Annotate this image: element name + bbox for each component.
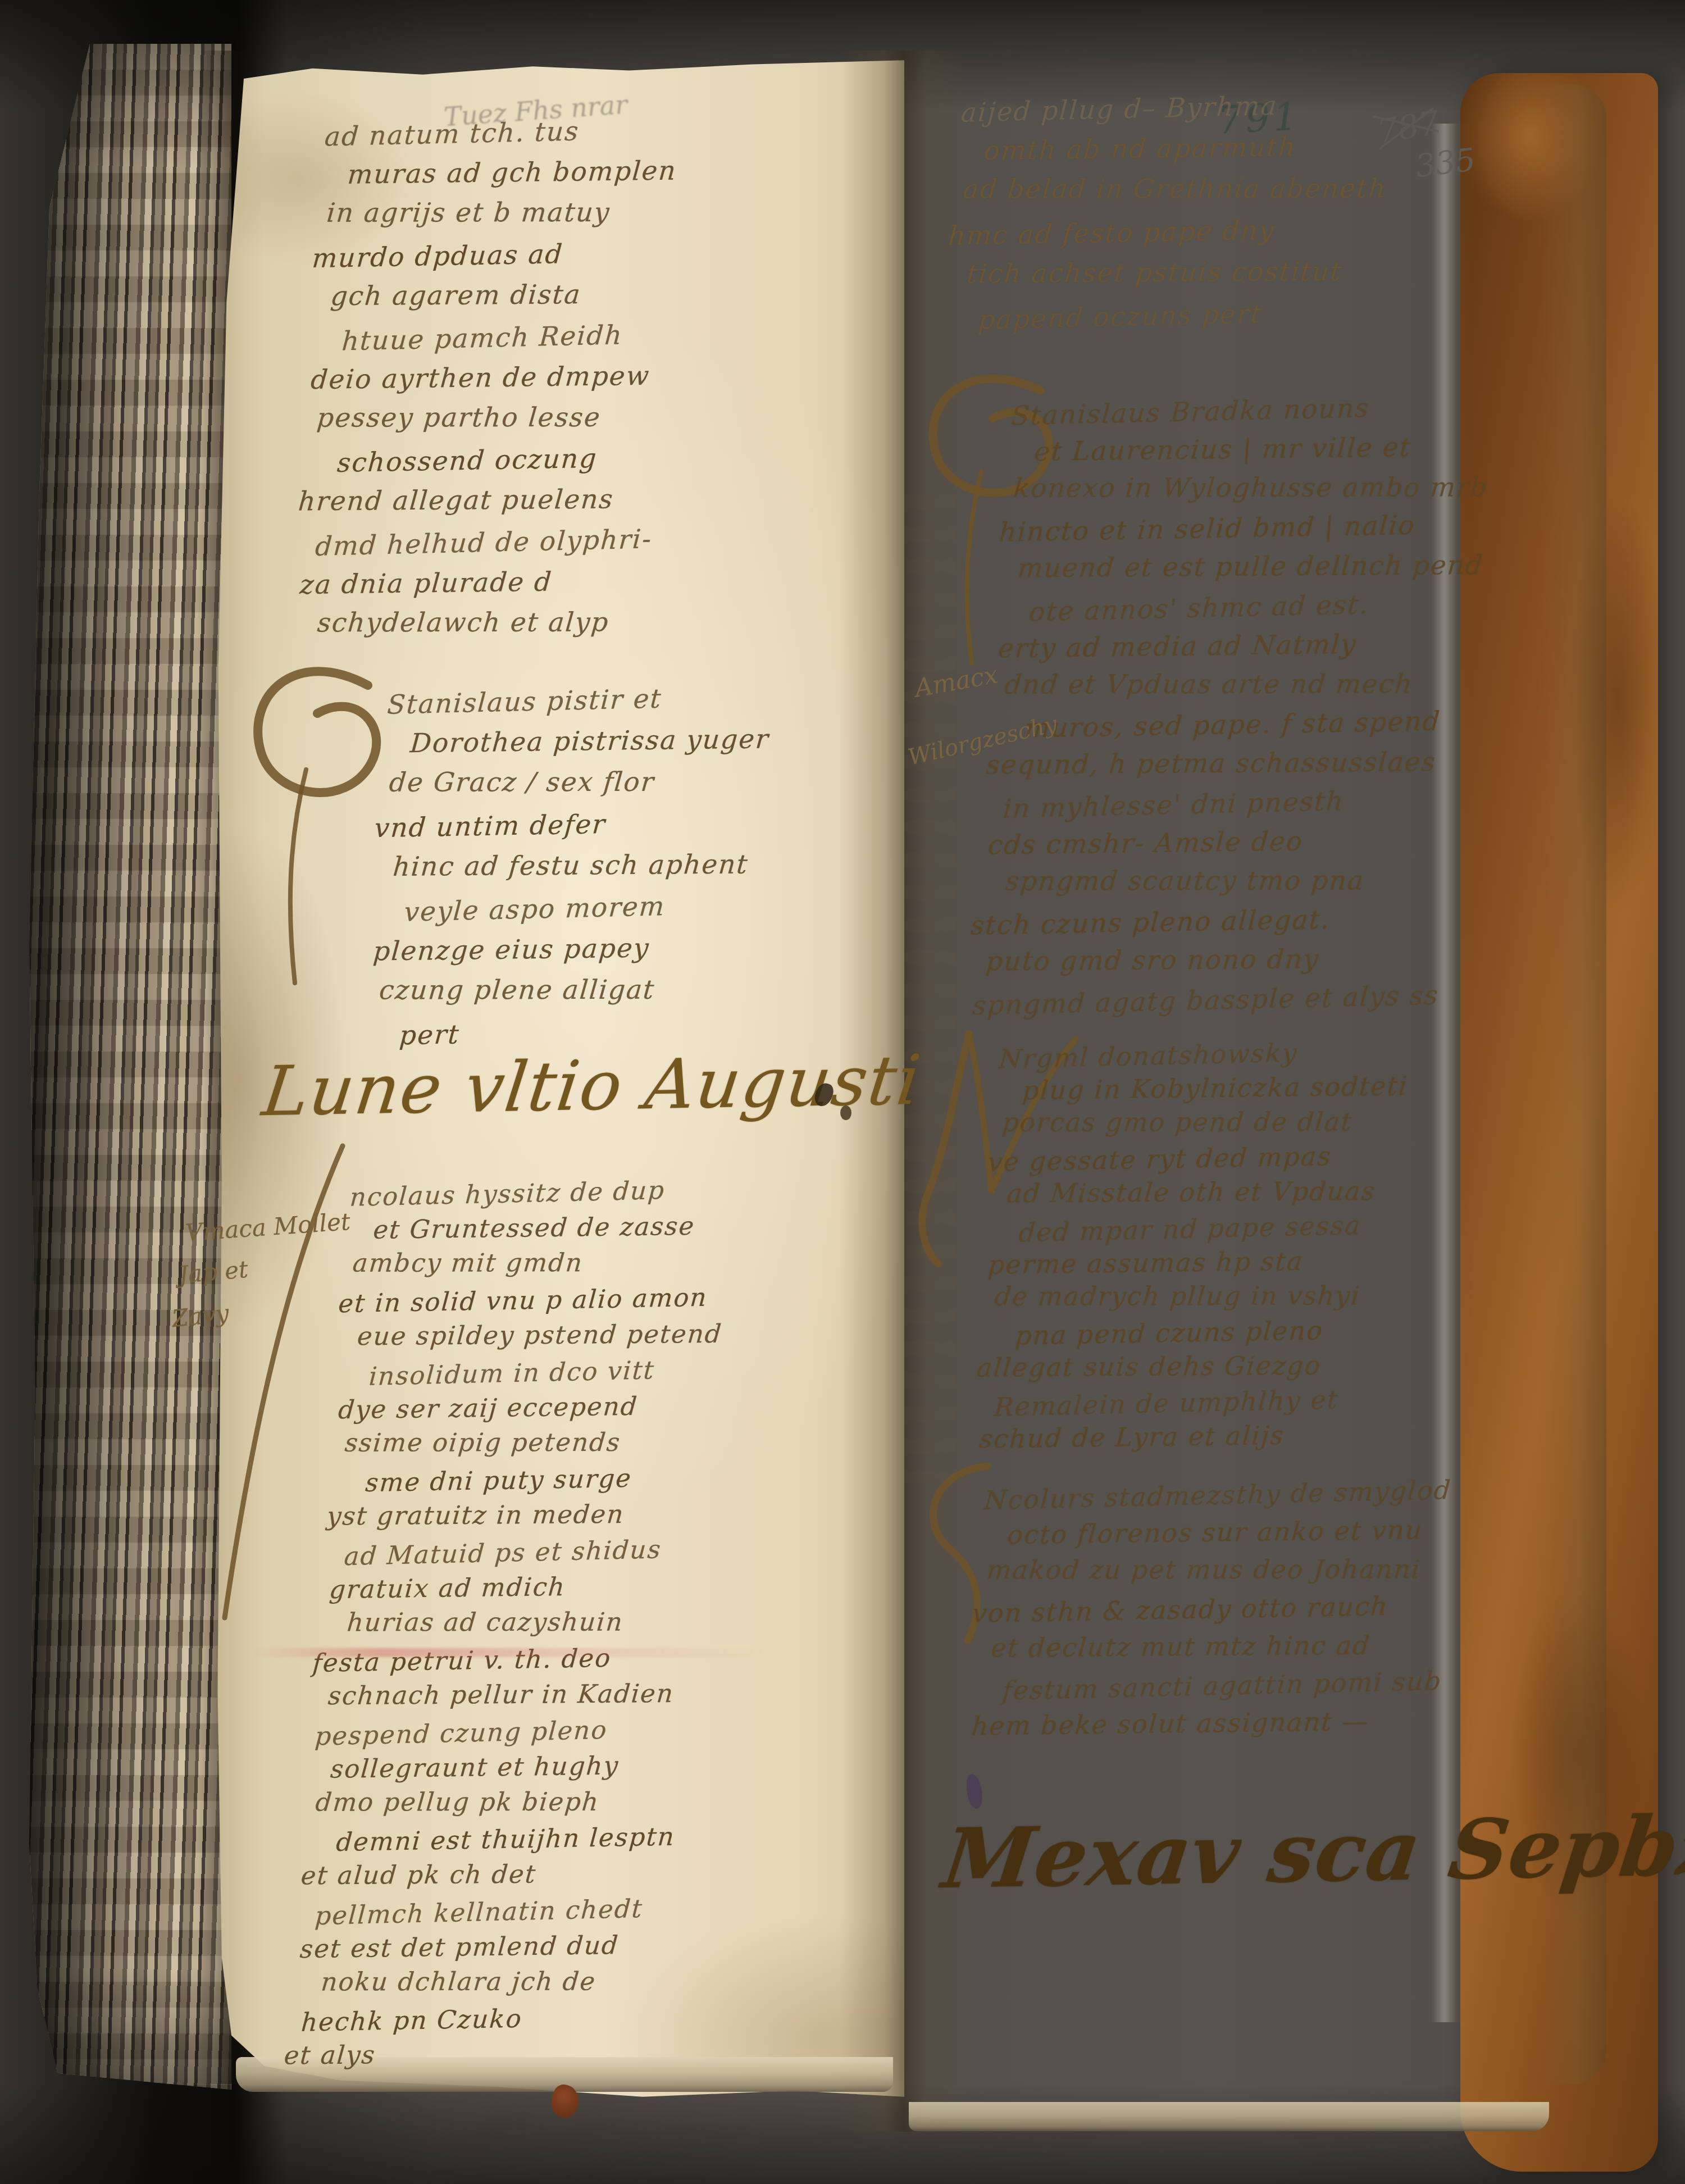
ink-bleedthrough: [905, 494, 956, 1483]
hw-line: demni est thuijhn lesptn: [335, 1815, 890, 1860]
hw-line: murdo dpduas ad: [311, 228, 893, 279]
manuscript-photo: Tuez Fhs nrar ad natum tch. tusmuras ad …: [0, 0, 1685, 2184]
hw-line: makod zu pet mus deo Johanni: [985, 1550, 1618, 1589]
hw-line: octo florenos sur anko et vnu: [1006, 1508, 1620, 1554]
hw-line: schossend oczung: [336, 433, 877, 484]
hw-line: et Laurencius | mr ville et: [1033, 425, 1631, 472]
hw-line: dnd et Vpduas arte nd mech: [1003, 665, 1613, 705]
hw-line: cds cmshr- Amsle deo: [986, 818, 1601, 865]
right-paragraph-3: Nrgml donatshowskyplug in Kobylniczka so…: [966, 1031, 1627, 1457]
right-paragraph-4: Ncolurs stadmezsthy de smyglodocto flore…: [963, 1470, 1624, 1745]
hw-line: czung plene alligat: [377, 969, 898, 1012]
hw-line: noku dchlara jch de: [320, 1963, 879, 2000]
hw-line: ssime oipig petends: [343, 1424, 919, 1461]
right-page-bottom-edge: [909, 2102, 1549, 2131]
hw-line: muras ad gch bomplen: [346, 148, 899, 195]
hw-line: plenzge eius papey: [372, 925, 901, 972]
hw-line: porcas gmo pend de dlat: [1001, 1104, 1622, 1140]
hw-line: de madrych pllug in vshyi: [993, 1278, 1608, 1314]
hw-line: ambcy mit gmdn: [351, 1244, 933, 1281]
hw-line: sollegraunt et hughy: [329, 1745, 895, 1787]
hw-line: vnd untim defer: [373, 799, 910, 850]
hw-line: ad belad in Grethnia abeneth: [962, 168, 1589, 211]
hw-line: et alys: [283, 2033, 873, 2073]
month-heading-calligraphic: Mexav sca Sepbz: [938, 1798, 1685, 1907]
hw-line: hinc ad festu sch aphent: [391, 843, 907, 888]
hw-line: deio ayrthen de dmpew: [309, 353, 884, 401]
hw-line: dye ser zaij eccepend: [337, 1385, 922, 1428]
hw-line: plug in Kobylniczka sodteti: [1021, 1066, 1624, 1108]
hw-line: za dnia plurade d: [298, 558, 868, 606]
hw-line: muros, sed pape. f sta spend: [1023, 699, 1610, 749]
hw-line: hmc ad festo pape dny: [947, 204, 1586, 257]
hw-line: set est det pmlend dud: [299, 1924, 882, 1968]
hw-line: schydelawch et alyp: [316, 602, 865, 644]
hw-line: de Gracz / sex flor: [388, 761, 913, 804]
left-paragraph-1: ad natum tch. tusmuras ad gch bomplenin …: [283, 107, 902, 647]
hw-line: spngmd scautcy tmo pna: [1004, 861, 1598, 902]
hw-line: omth ab nd aparmuth: [982, 123, 1592, 172]
left-paragraph-2: Stanislaus pistir etDorothea pistrissa y…: [357, 675, 919, 1056]
hw-line: hem beke solut assignant —: [971, 1699, 1606, 1745]
hw-line: et Gruntessed de zasse: [372, 1205, 936, 1248]
right-paragraph-1: aijed pllug d– Byrhmaomth ab nd aparmuth…: [941, 81, 1595, 339]
right-paragraph-2: Stanislaus Bradka nounset Laurencius | m…: [962, 386, 1633, 1022]
hw-line: sme dni puty surge: [364, 1455, 917, 1501]
hw-line: dmo pellug pk bieph: [314, 1783, 892, 1821]
red-chalk-smudge: [253, 1648, 764, 1657]
hw-line: Dorothea pistrissa yuger: [409, 717, 917, 765]
hw-line: in agrijs et b matuy: [325, 192, 896, 234]
hw-line: hurias ad cazyshuin: [345, 1604, 906, 1641]
hw-line: pessey partho lesse: [315, 397, 880, 439]
hw-line: konexo in Wyloghusse ambo mrb: [1012, 468, 1628, 508]
hw-line: gratuix ad mdich: [328, 1565, 909, 1608]
ink-blot: [840, 1105, 851, 1120]
hw-line: perme assumas hp sta: [987, 1240, 1611, 1282]
left-paragraph-3: ncolaus hyssitz de dupet Gruntessed de z…: [280, 1170, 938, 2076]
hw-line: erty ad media ad Natmly: [997, 622, 1616, 668]
